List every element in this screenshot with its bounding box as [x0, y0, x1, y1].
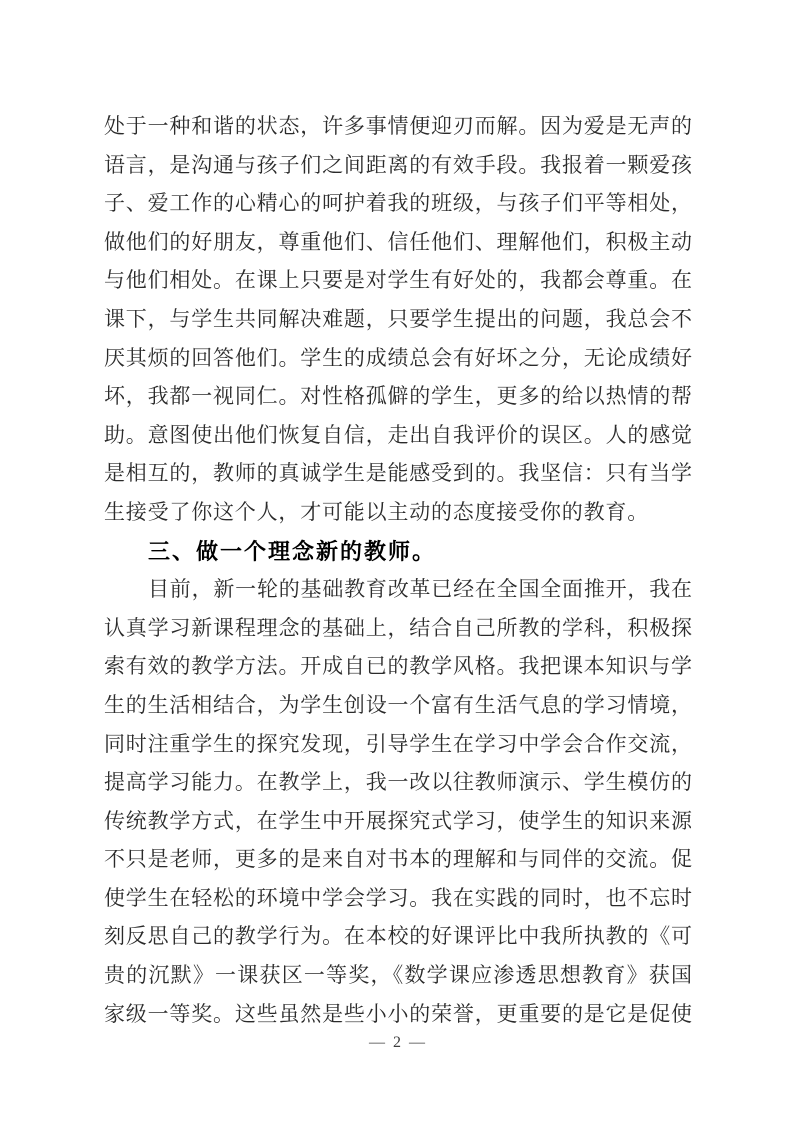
paragraph-last-line: 生接受了你这个人，才可能以主动的态度接受你的教育。 [104, 494, 692, 533]
text-line: 是相互的，教师的真诚学生是能感受到的。我坚信：只有当学 [104, 455, 692, 494]
text-line: 生的生活相结合，为学生创设一个富有生活气息的学习情境， [104, 687, 692, 726]
text-line: 家级一等奖。这些虽然是些小小的荣誉，更重要的是它是促使 [104, 996, 692, 1035]
text-line: 做他们的好朋友，尊重他们、信任他们、理解他们，积极主动 [104, 224, 692, 263]
document-body: 处于一种和谐的状态，许多事情便迎刃而解。因为爱是无声的 语言，是沟通与孩子们之间… [104, 108, 692, 1034]
page-number: — 2 — [104, 1033, 692, 1053]
text-line: 子、爱工作的心精心的呵护着我的班级，与孩子们平等相处， [104, 185, 692, 224]
text-line: 贵的沉默》一课获区一等奖，《数学课应渗透思想教育》获国 [104, 957, 692, 996]
document-page: 处于一种和谐的状态，许多事情便迎刃而解。因为爱是无声的 语言，是沟通与孩子们之间… [0, 0, 793, 1122]
text-line: 坏，我都一视同仁。对性格孤僻的学生，更多的给以热情的帮 [104, 378, 692, 417]
text-line: 助。意图使出他们恢复自信，走出自我评价的误区。人的感觉 [104, 417, 692, 456]
text-line: 语言，是沟通与孩子们之间距离的有效手段。我报着一颗爱孩 [104, 147, 692, 186]
paragraph-first-line: 目前，新一轮的基础教育改革已经在全国全面推开，我在 [104, 571, 692, 610]
text-line: 传统教学方式，在学生中开展探究式学习，使学生的知识来源 [104, 803, 692, 842]
text-line: 与他们相处。在课上只要是对学生有好处的，我都会尊重。在 [104, 262, 692, 301]
text-line: 认真学习新课程理念的基础上，结合自己所教的学科，积极探 [104, 610, 692, 649]
section-heading: 三、做一个理念新的教师。 [104, 533, 692, 572]
text-line: 提高学习能力。在教学上，我一改以往教师演示、学生模仿的 [104, 764, 692, 803]
text-line: 同时注重学生的探究发现，引导学生在学习中学会合作交流， [104, 726, 692, 765]
text-line: 厌其烦的回答他们。学生的成绩总会有好坏之分，无论成绩好 [104, 340, 692, 379]
text-line: 不只是老师，更多的是来自对书本的理解和与同伴的交流。促 [104, 841, 692, 880]
text-line: 使学生在轻松的环境中学会学习。我在实践的同时，也不忘时 [104, 880, 692, 919]
text-line: 刻反思自己的教学行为。在本校的好课评比中我所执教的《可 [104, 918, 692, 957]
text-line: 索有效的教学方法。开成自已的教学风格。我把课本知识与学 [104, 648, 692, 687]
text-line: 处于一种和谐的状态，许多事情便迎刃而解。因为爱是无声的 [104, 108, 692, 147]
text-line: 课下，与学生共同解决难题，只要学生提出的问题，我总会不 [104, 301, 692, 340]
